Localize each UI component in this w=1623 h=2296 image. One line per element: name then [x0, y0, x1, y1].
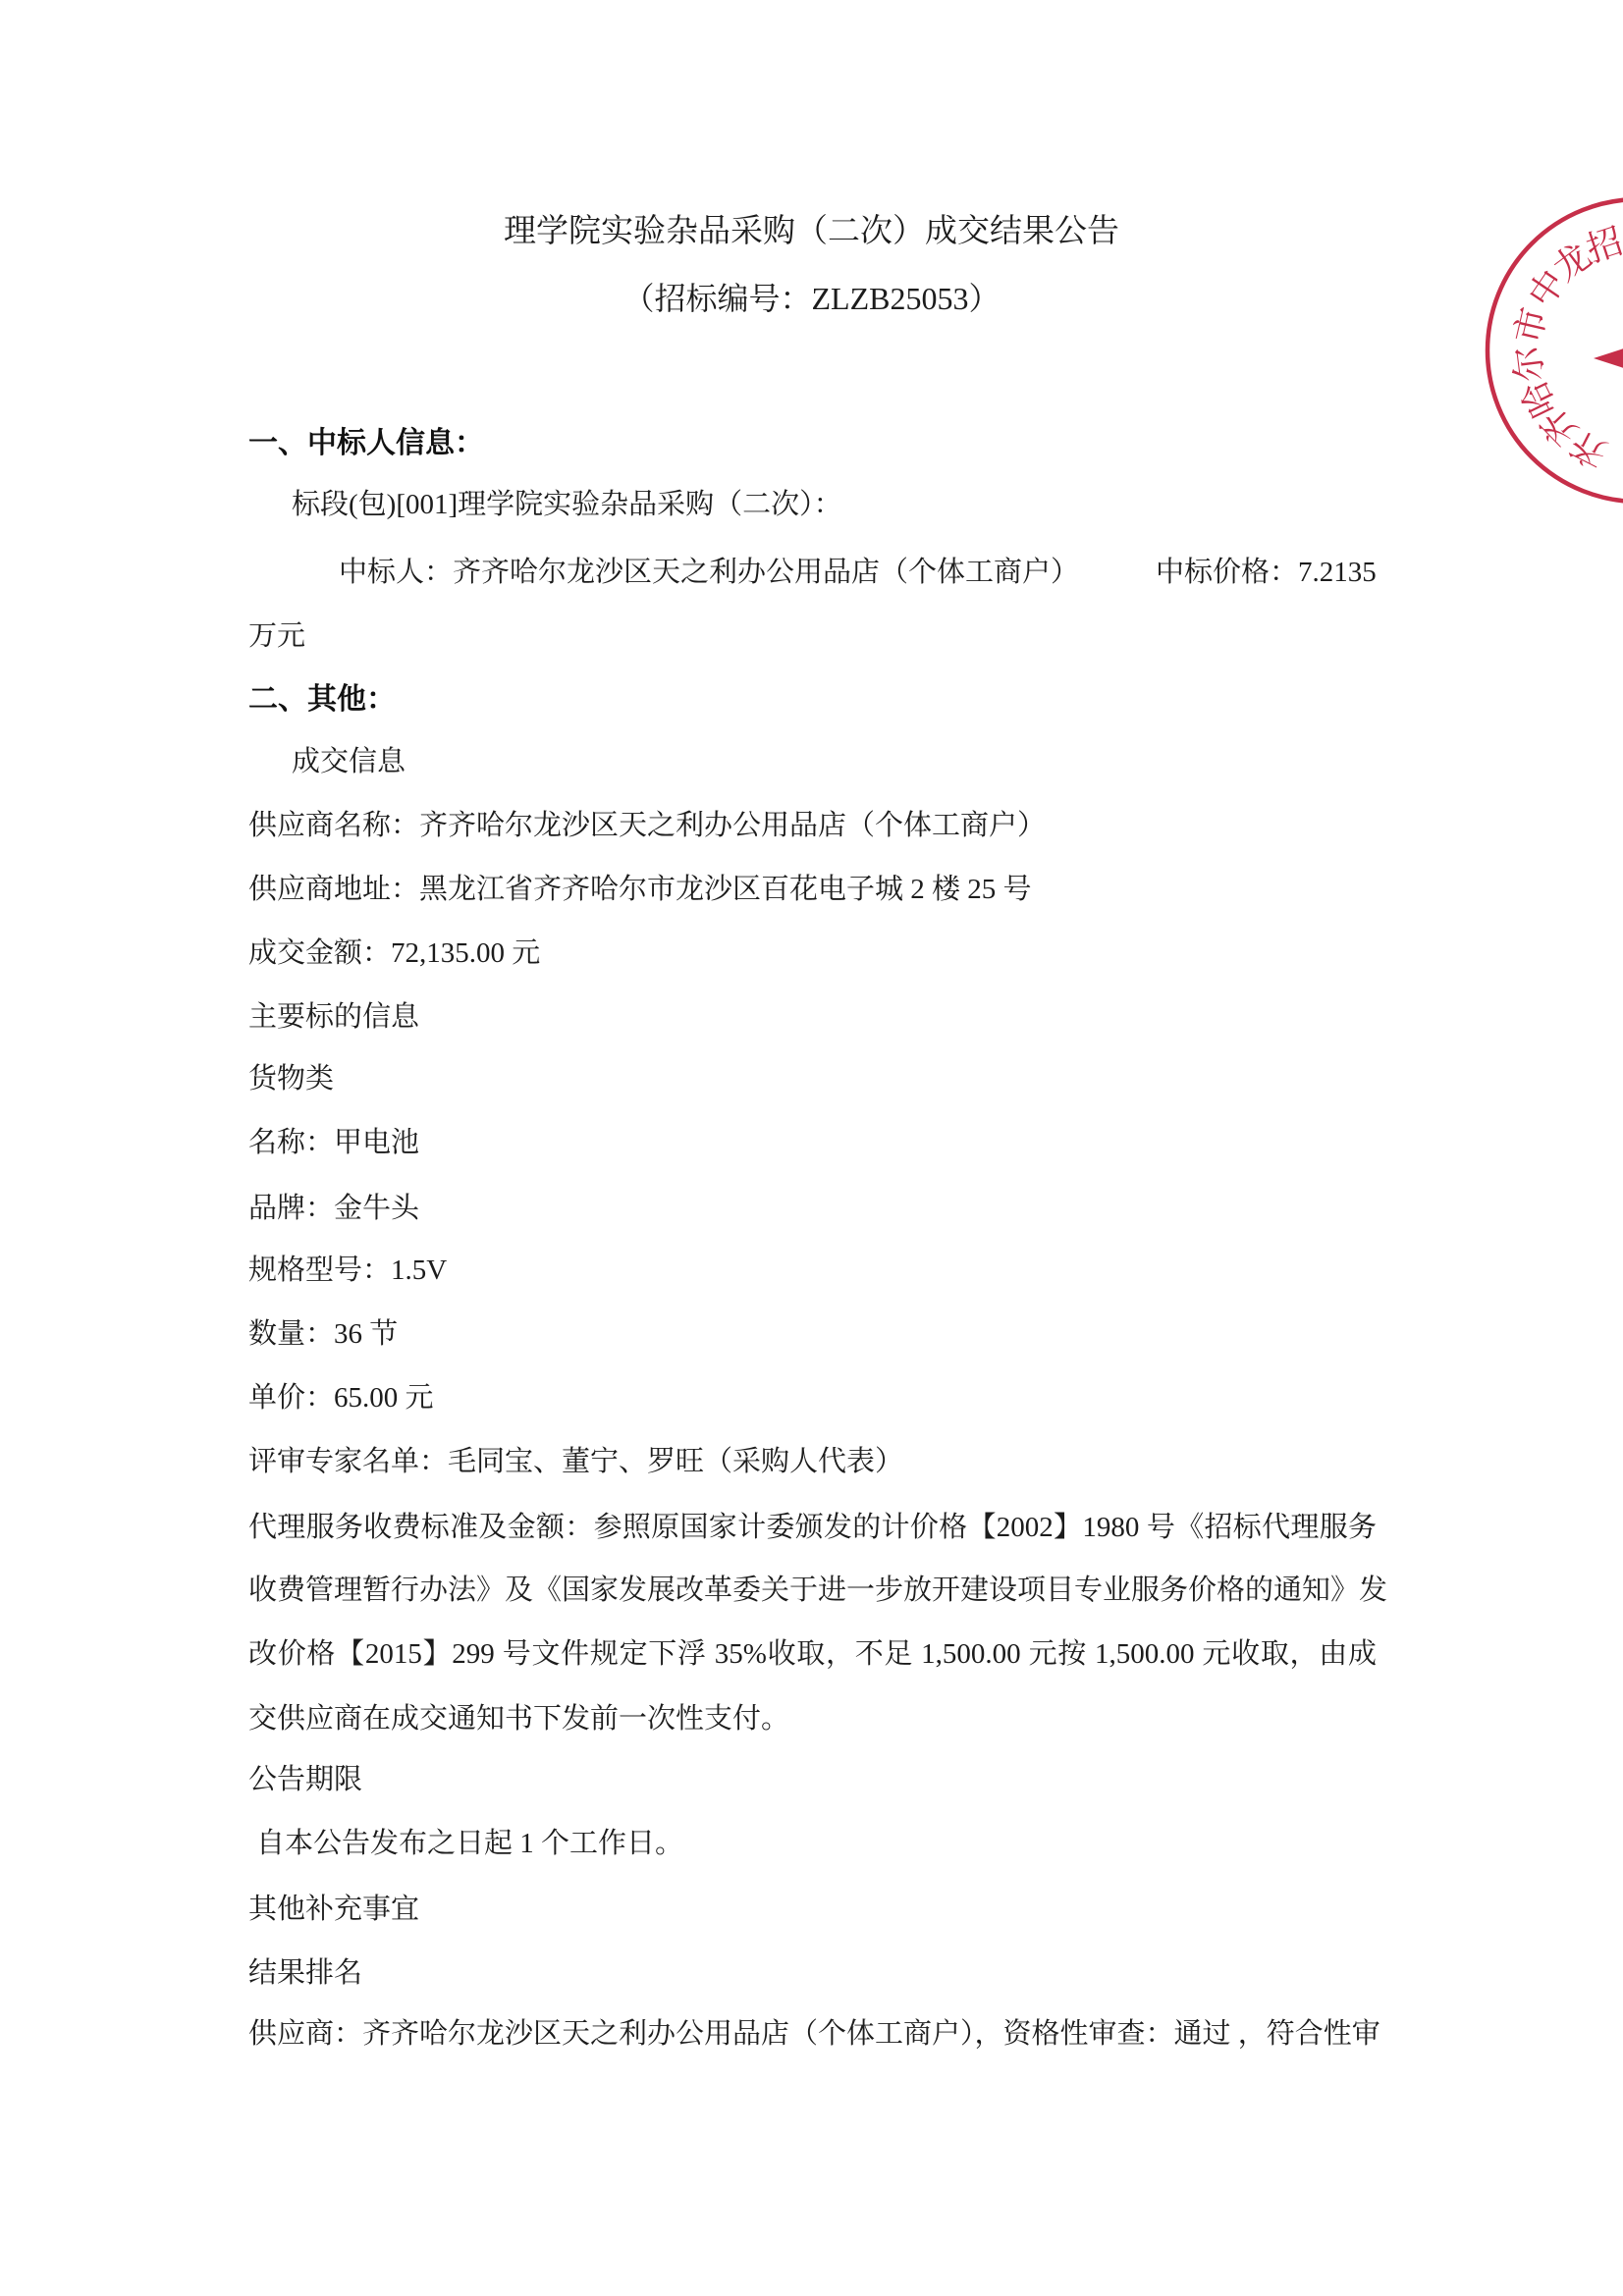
category-label: 货物类	[248, 1059, 334, 1098]
item-name-line: 名称：甲电池	[248, 1123, 419, 1162]
seal-star-icon	[1594, 313, 1623, 402]
field-label: 规格型号：	[248, 1255, 391, 1286]
supplier-name-value: 齐齐哈尔龙沙区天之利办公用品店（个体工商户）	[419, 810, 1046, 841]
lot-title: 标段(包)[001]理学院实验杂品采购（二次）：	[292, 485, 842, 524]
section-heading-winner-info: 一、中标人信息：	[248, 424, 484, 463]
deal-info-title: 成交信息	[292, 742, 406, 781]
winner-name: 齐齐哈尔龙沙区天之利办公用品店（个体工商户）	[453, 557, 1079, 588]
notice-period-title: 公告期限	[248, 1760, 362, 1799]
item-brand-value: 金牛头	[334, 1193, 419, 1224]
winning-price-unit: 万元	[248, 616, 305, 656]
field-label: 供应商地址：	[248, 874, 419, 905]
winner-line: 中标人：齐齐哈尔龙沙区天之利办公用品店（个体工商户）	[339, 553, 1079, 592]
supplier-name-line: 供应商名称：齐齐哈尔龙沙区天之利办公用品店（个体工商户）	[248, 806, 1046, 845]
winning-price-value: 7.2135	[1298, 557, 1377, 588]
document-page: 理学院实验杂品采购（二次）成交结果公告 （招标编号：ZLZB25053） 一、中…	[0, 0, 1623, 2296]
field-label: 中标价格：	[1156, 557, 1298, 588]
ranking-title: 结果排名	[248, 1953, 362, 1993]
item-spec-value: 1.5V	[391, 1255, 447, 1286]
experts-line: 评审专家名单：毛同宝、董宁、罗旺（采购人代表）	[248, 1442, 903, 1481]
section-heading-other: 二、其他：	[248, 680, 396, 720]
item-name-value: 甲电池	[334, 1127, 419, 1158]
item-quantity-line: 数量：36 节	[248, 1314, 398, 1354]
item-spec-line: 规格型号：1.5V	[248, 1251, 447, 1290]
item-unit-price-value: 65.00 元	[334, 1382, 434, 1414]
field-label: 名称：	[248, 1127, 334, 1158]
agency-fee-paragraph-line: 改价格【2015】299 号文件规定下浮 35%收取，不足 1,500.00 元…	[248, 1634, 1377, 1674]
notice-period-text: 自本公告发布之日起 1 个工作日。	[256, 1824, 683, 1863]
field-label: 单价：	[248, 1382, 334, 1414]
field-label: 供应商名称：	[248, 810, 419, 841]
tender-number: （招标编号：ZLZB25053）	[0, 277, 1623, 320]
seal-char: 尔	[1507, 344, 1551, 384]
deal-amount-line: 成交金额：72,135.00 元	[248, 934, 540, 973]
document-title: 理学院实验杂品采购（二次）成交结果公告	[0, 210, 1623, 253]
supplementary-title: 其他补充事宜	[248, 1890, 419, 1929]
ranking-line: 供应商：齐齐哈尔龙沙区天之利办公用品店（个体工商户），资格性审查：通过 ，符合性…	[248, 2014, 1380, 2054]
agency-fee-paragraph-line: 交供应商在成交通知书下发前一次性支付。	[248, 1699, 789, 1738]
field-label: 中标人：	[339, 557, 453, 588]
supplier-address-value: 黑龙江省齐齐哈尔市龙沙区百花电子城 2 楼 25 号	[419, 874, 1032, 905]
supplier-address-line: 供应商地址：黑龙江省齐齐哈尔市龙沙区百花电子城 2 楼 25 号	[248, 870, 1032, 909]
agency-fee-paragraph-line: 代理服务收费标准及金额：参照原国家计委颁发的计价格【2002】1980 号《招标…	[248, 1508, 1377, 1547]
field-label: 成交金额：	[248, 937, 391, 969]
experts-value: 毛同宝、董宁、罗旺（采购人代表）	[448, 1446, 903, 1477]
deal-amount-value: 72,135.00 元	[391, 937, 540, 969]
official-seal-stamp: 齐 齐 哈 尔 市 中 龙 招	[1453, 177, 1623, 530]
item-unit-price-line: 单价：65.00 元	[248, 1378, 434, 1417]
main-subject-title: 主要标的信息	[248, 997, 419, 1037]
item-brand-line: 品牌：金牛头	[248, 1189, 419, 1228]
field-label: 品牌：	[248, 1193, 334, 1224]
winning-price-line: 中标价格：7.2135	[1156, 553, 1377, 592]
field-label: 评审专家名单：	[248, 1446, 448, 1477]
field-label: 数量：	[248, 1318, 334, 1350]
item-quantity-value: 36 节	[334, 1318, 398, 1350]
agency-fee-paragraph-line: 收费管理暂行办法》及《国家发展改革委关于进一步放开建设项目专业服务价格的通知》发	[248, 1571, 1377, 1610]
